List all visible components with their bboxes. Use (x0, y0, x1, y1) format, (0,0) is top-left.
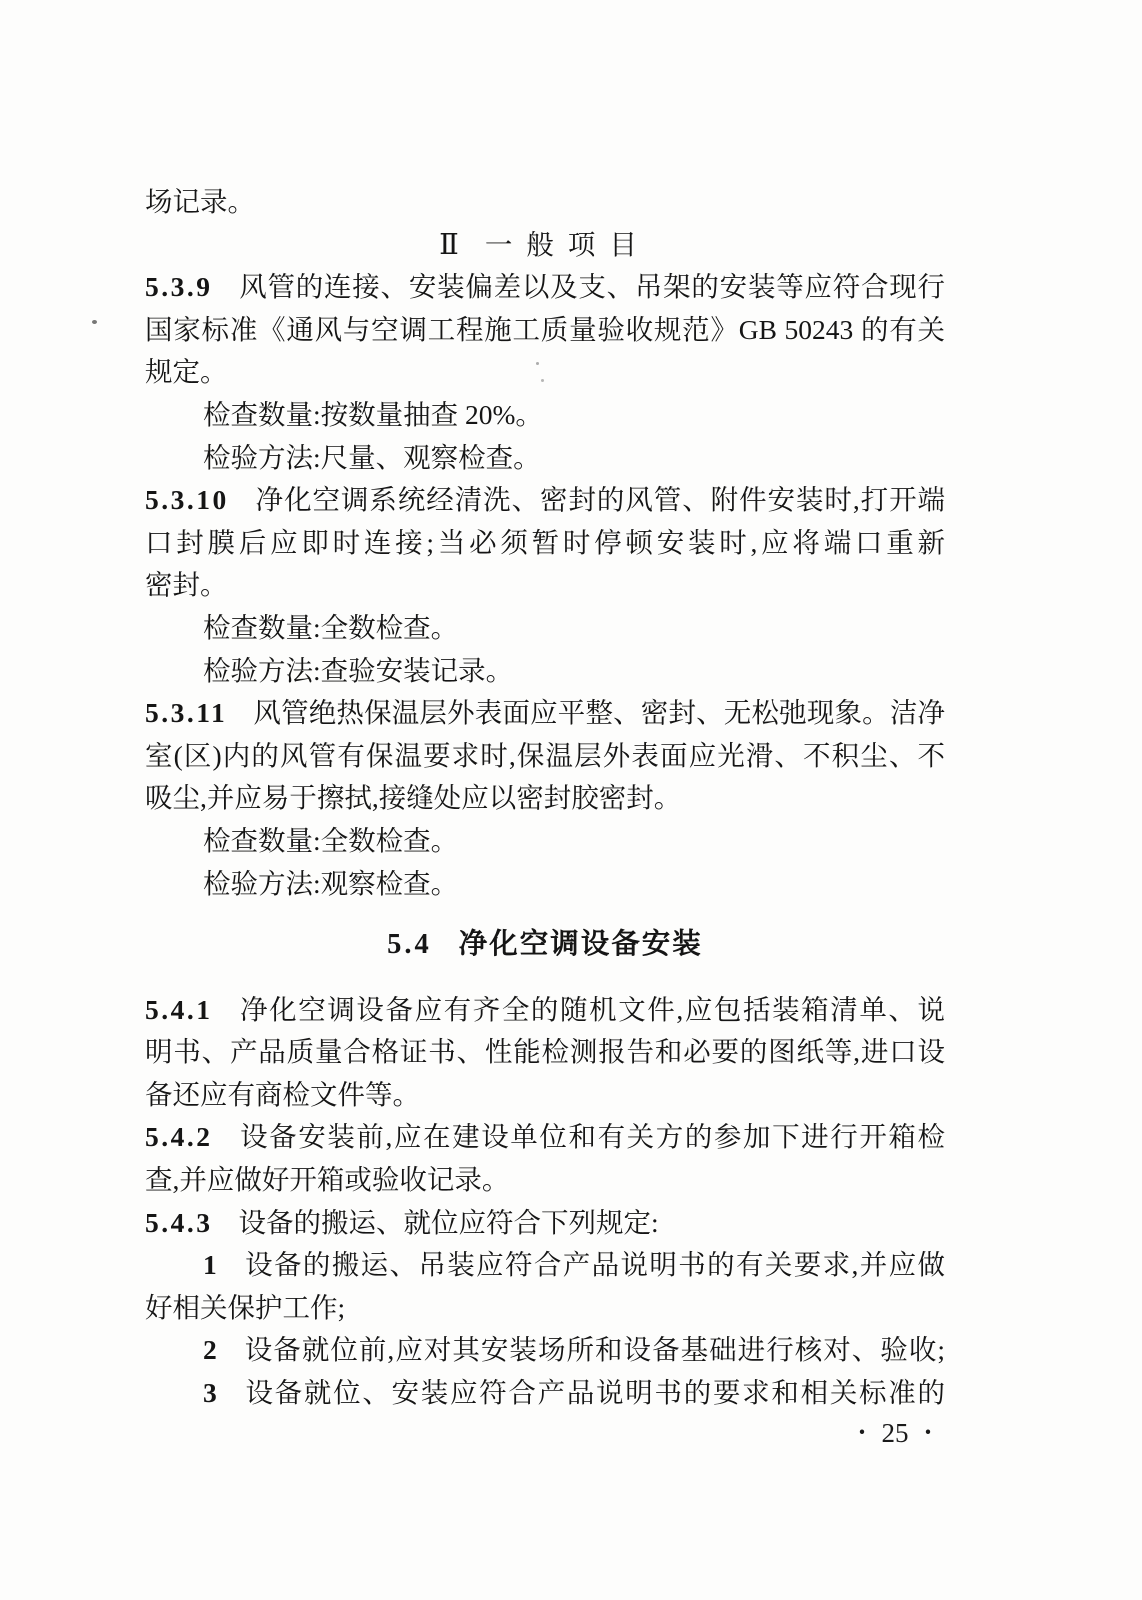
line-text: 设备的搬运、吊装应符合产品说明书的有关要求,并应做 (244, 1249, 945, 1280)
document-page: 场记录。Ⅱ一般项目5.3.9风管的连接、安装偏差以及支、吊架的安装等应符合现行国… (0, 0, 1142, 1600)
paragraph-continuation: 好相关保护工作; (145, 1287, 945, 1330)
clause-paragraph: 5.4.2设备安装前,应在建设单位和有关方的参加下进行开箱检 (145, 1116, 945, 1159)
clause-number: 5.3.10 (145, 484, 229, 515)
inspection-note: 检查数量:全数检查。 (145, 820, 945, 863)
line-text: 设备安装前,应在建设单位和有关方的参加下进行开箱检 (239, 1121, 946, 1152)
paragraph-continuation: 场记录。 (145, 181, 945, 224)
line-text: 吸尘,并应易于擦拭,接缝处应以密封胶密封。 (145, 782, 681, 813)
clause-paragraph: 5.3.11风管绝热保温层外表面应平整、密封、无松弛现象。洁净 (145, 692, 945, 735)
line-text: 检查数量:全数检查。 (203, 612, 458, 643)
paragraph-continuation: 室(区)内的风管有保温要求时,保温层外表面应光滑、不积尘、不 (145, 735, 945, 778)
page-number-left-dot: · (857, 1411, 866, 1453)
inspection-note: 检查数量:全数检查。 (145, 607, 945, 650)
line-text: 风管绝热保温层外表面应平整、密封、无松弛现象。洁净 (253, 697, 945, 728)
line-text: 查,并应做好开箱或验收记录。 (145, 1164, 509, 1195)
clause-paragraph: 5.4.1净化空调设备应有齐全的随机文件,应包括装箱清单、说 (145, 989, 945, 1032)
line-text: 净化空调系统经清洗、密封的风管、附件安装时,打开端 (255, 484, 945, 515)
line-text: 好相关保护工作; (145, 1292, 345, 1323)
inspection-note: 检验方法:尺量、观察检查。 (145, 437, 945, 480)
document-body: 场记录。Ⅱ一般项目5.3.9风管的连接、安装偏差以及支、吊架的安装等应符合现行国… (145, 181, 945, 1415)
inspection-note: 检查数量:按数量抽查 20%。 (145, 394, 945, 437)
list-item: 3设备就位、安装应符合产品说明书的要求和相关标准的 (145, 1372, 945, 1415)
line-text: 净化空调设备安装 (459, 929, 703, 960)
list-item-number: 1 (203, 1249, 217, 1280)
clause-number: 5.3.11 (145, 697, 227, 728)
line-text: 密封。 (145, 569, 228, 600)
line-text: 规定。 (145, 356, 228, 387)
line-text: 备还应有商检文件等。 (145, 1079, 420, 1110)
list-item: 2设备就位前,应对其安装场所和设备基础进行核对、验收; (145, 1329, 945, 1372)
paragraph-continuation: 口封膜后应即时连接;当必须暂时停顿安装时,应将端口重新 (145, 522, 945, 565)
paragraph-continuation: 国家标准《通风与空调工程施工质量验收规范》GB 50243 的有关 (145, 309, 945, 352)
clause-number: 5.4.1 (145, 994, 213, 1025)
line-text: 净化空调设备应有齐全的随机文件,应包括装箱清单、说 (239, 994, 946, 1025)
list-item-number: 2 (203, 1334, 217, 1365)
clause-number: 5.4.3 (145, 1207, 213, 1238)
clause-paragraph: 5.3.9风管的连接、安装偏差以及支、吊架的安装等应符合现行 (145, 266, 945, 309)
line-text: 国家标准《通风与空调工程施工质量验收规范》GB 50243 的有关 (145, 314, 945, 345)
line-text: 明书、产品质量合格证书、性能检测报告和必要的图纸等,进口设 (145, 1036, 945, 1067)
scan-speck (92, 320, 97, 324)
paragraph-continuation: 备还应有商检文件等。 (145, 1074, 945, 1117)
subsection-heading: Ⅱ一般项目 (145, 224, 945, 267)
paragraph-continuation: 规定。 (145, 351, 945, 394)
clause-paragraph: 5.3.10净化空调系统经清洗、密封的风管、附件安装时,打开端 (145, 479, 945, 522)
line-text: 检验方法:观察检查。 (203, 868, 458, 899)
line-text: 口封膜后应即时连接;当必须暂时停顿安装时,应将端口重新 (145, 527, 945, 558)
line-text: 场记录。 (145, 186, 255, 217)
paragraph-continuation: 明书、产品质量合格证书、性能检测报告和必要的图纸等,进口设 (145, 1031, 945, 1074)
line-text: 风管的连接、安装偏差以及支、吊架的安装等应符合现行 (239, 271, 946, 302)
clause-number: 5.4.2 (145, 1121, 213, 1152)
line-text: 一般项目 (485, 229, 651, 260)
list-item: 1设备的搬运、吊装应符合产品说明书的有关要求,并应做 (145, 1244, 945, 1287)
page-number: · 25 · (840, 1412, 950, 1454)
paragraph-continuation: 密封。 (145, 564, 945, 607)
line-text: 设备的搬运、就位应符合下列规定: (239, 1207, 659, 1238)
line-text: 检查数量:按数量抽查 20%。 (203, 399, 543, 430)
page-number-right-dot: · (924, 1411, 933, 1453)
paragraph-continuation: 查,并应做好开箱或验收记录。 (145, 1159, 945, 1202)
line-text: 设备就位前,应对其安装场所和设备基础进行核对、验收; (244, 1334, 945, 1365)
clause-paragraph: 5.4.3设备的搬运、就位应符合下列规定: (145, 1202, 945, 1245)
line-text: 设备就位、安装应符合产品说明书的要求和相关标准的 (244, 1377, 945, 1408)
line-text: 检验方法:查验安装记录。 (203, 655, 513, 686)
inspection-note: 检验方法:查验安装记录。 (145, 650, 945, 693)
line-text: 室(区)内的风管有保温要求时,保温层外表面应光滑、不积尘、不 (145, 740, 945, 771)
clause-number: Ⅱ (439, 229, 459, 261)
list-item-number: 3 (203, 1377, 217, 1408)
inspection-note: 检验方法:观察检查。 (145, 863, 945, 906)
section-heading: 5.4净化空调设备安装 (145, 924, 945, 967)
page-number-value: 25 (882, 1412, 909, 1454)
clause-number: 5.4 (387, 929, 432, 960)
paragraph-continuation: 吸尘,并应易于擦拭,接缝处应以密封胶密封。 (145, 777, 945, 820)
clause-number: 5.3.9 (145, 271, 213, 302)
line-text: 检查数量:全数检查。 (203, 825, 458, 856)
line-text: 检验方法:尺量、观察检查。 (203, 442, 541, 473)
